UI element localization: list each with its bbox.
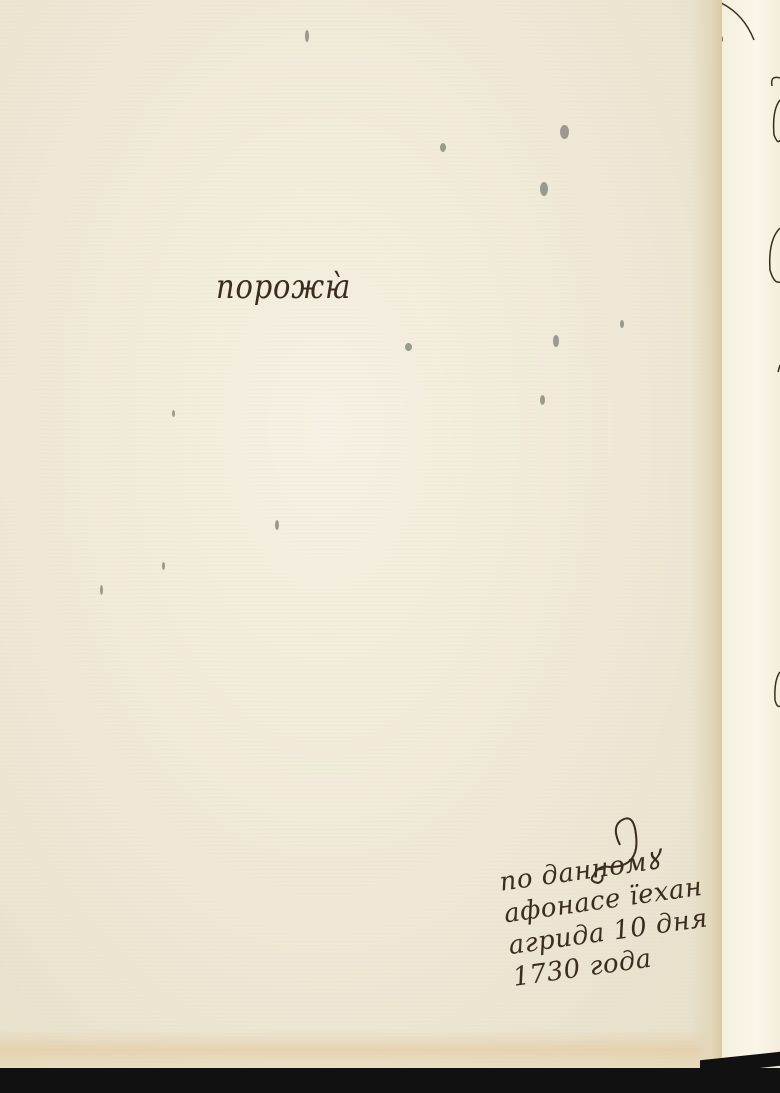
manuscript-scan: порожꙗ̀ по данномꙋ афонасе їехан агрида … xyxy=(0,0,780,1093)
foxing-speck xyxy=(100,585,103,595)
foxing-speck xyxy=(305,30,309,42)
title-inscription: порожꙗ̀ xyxy=(216,270,351,304)
foxing-speck xyxy=(553,335,559,347)
foxing-speck xyxy=(440,143,446,152)
scan-edge-shadow xyxy=(0,1068,780,1093)
foxing-speck xyxy=(620,320,624,328)
water-stain xyxy=(0,1030,720,1070)
foxing-speck xyxy=(405,343,412,351)
foxing-speck xyxy=(162,562,165,570)
foxing-speck xyxy=(275,520,279,530)
foxing-speck xyxy=(560,125,569,139)
adjacent-page-handwriting xyxy=(722,0,780,1060)
foxing-speck xyxy=(540,182,548,196)
foxing-speck xyxy=(172,410,175,417)
foxing-speck xyxy=(540,395,545,405)
